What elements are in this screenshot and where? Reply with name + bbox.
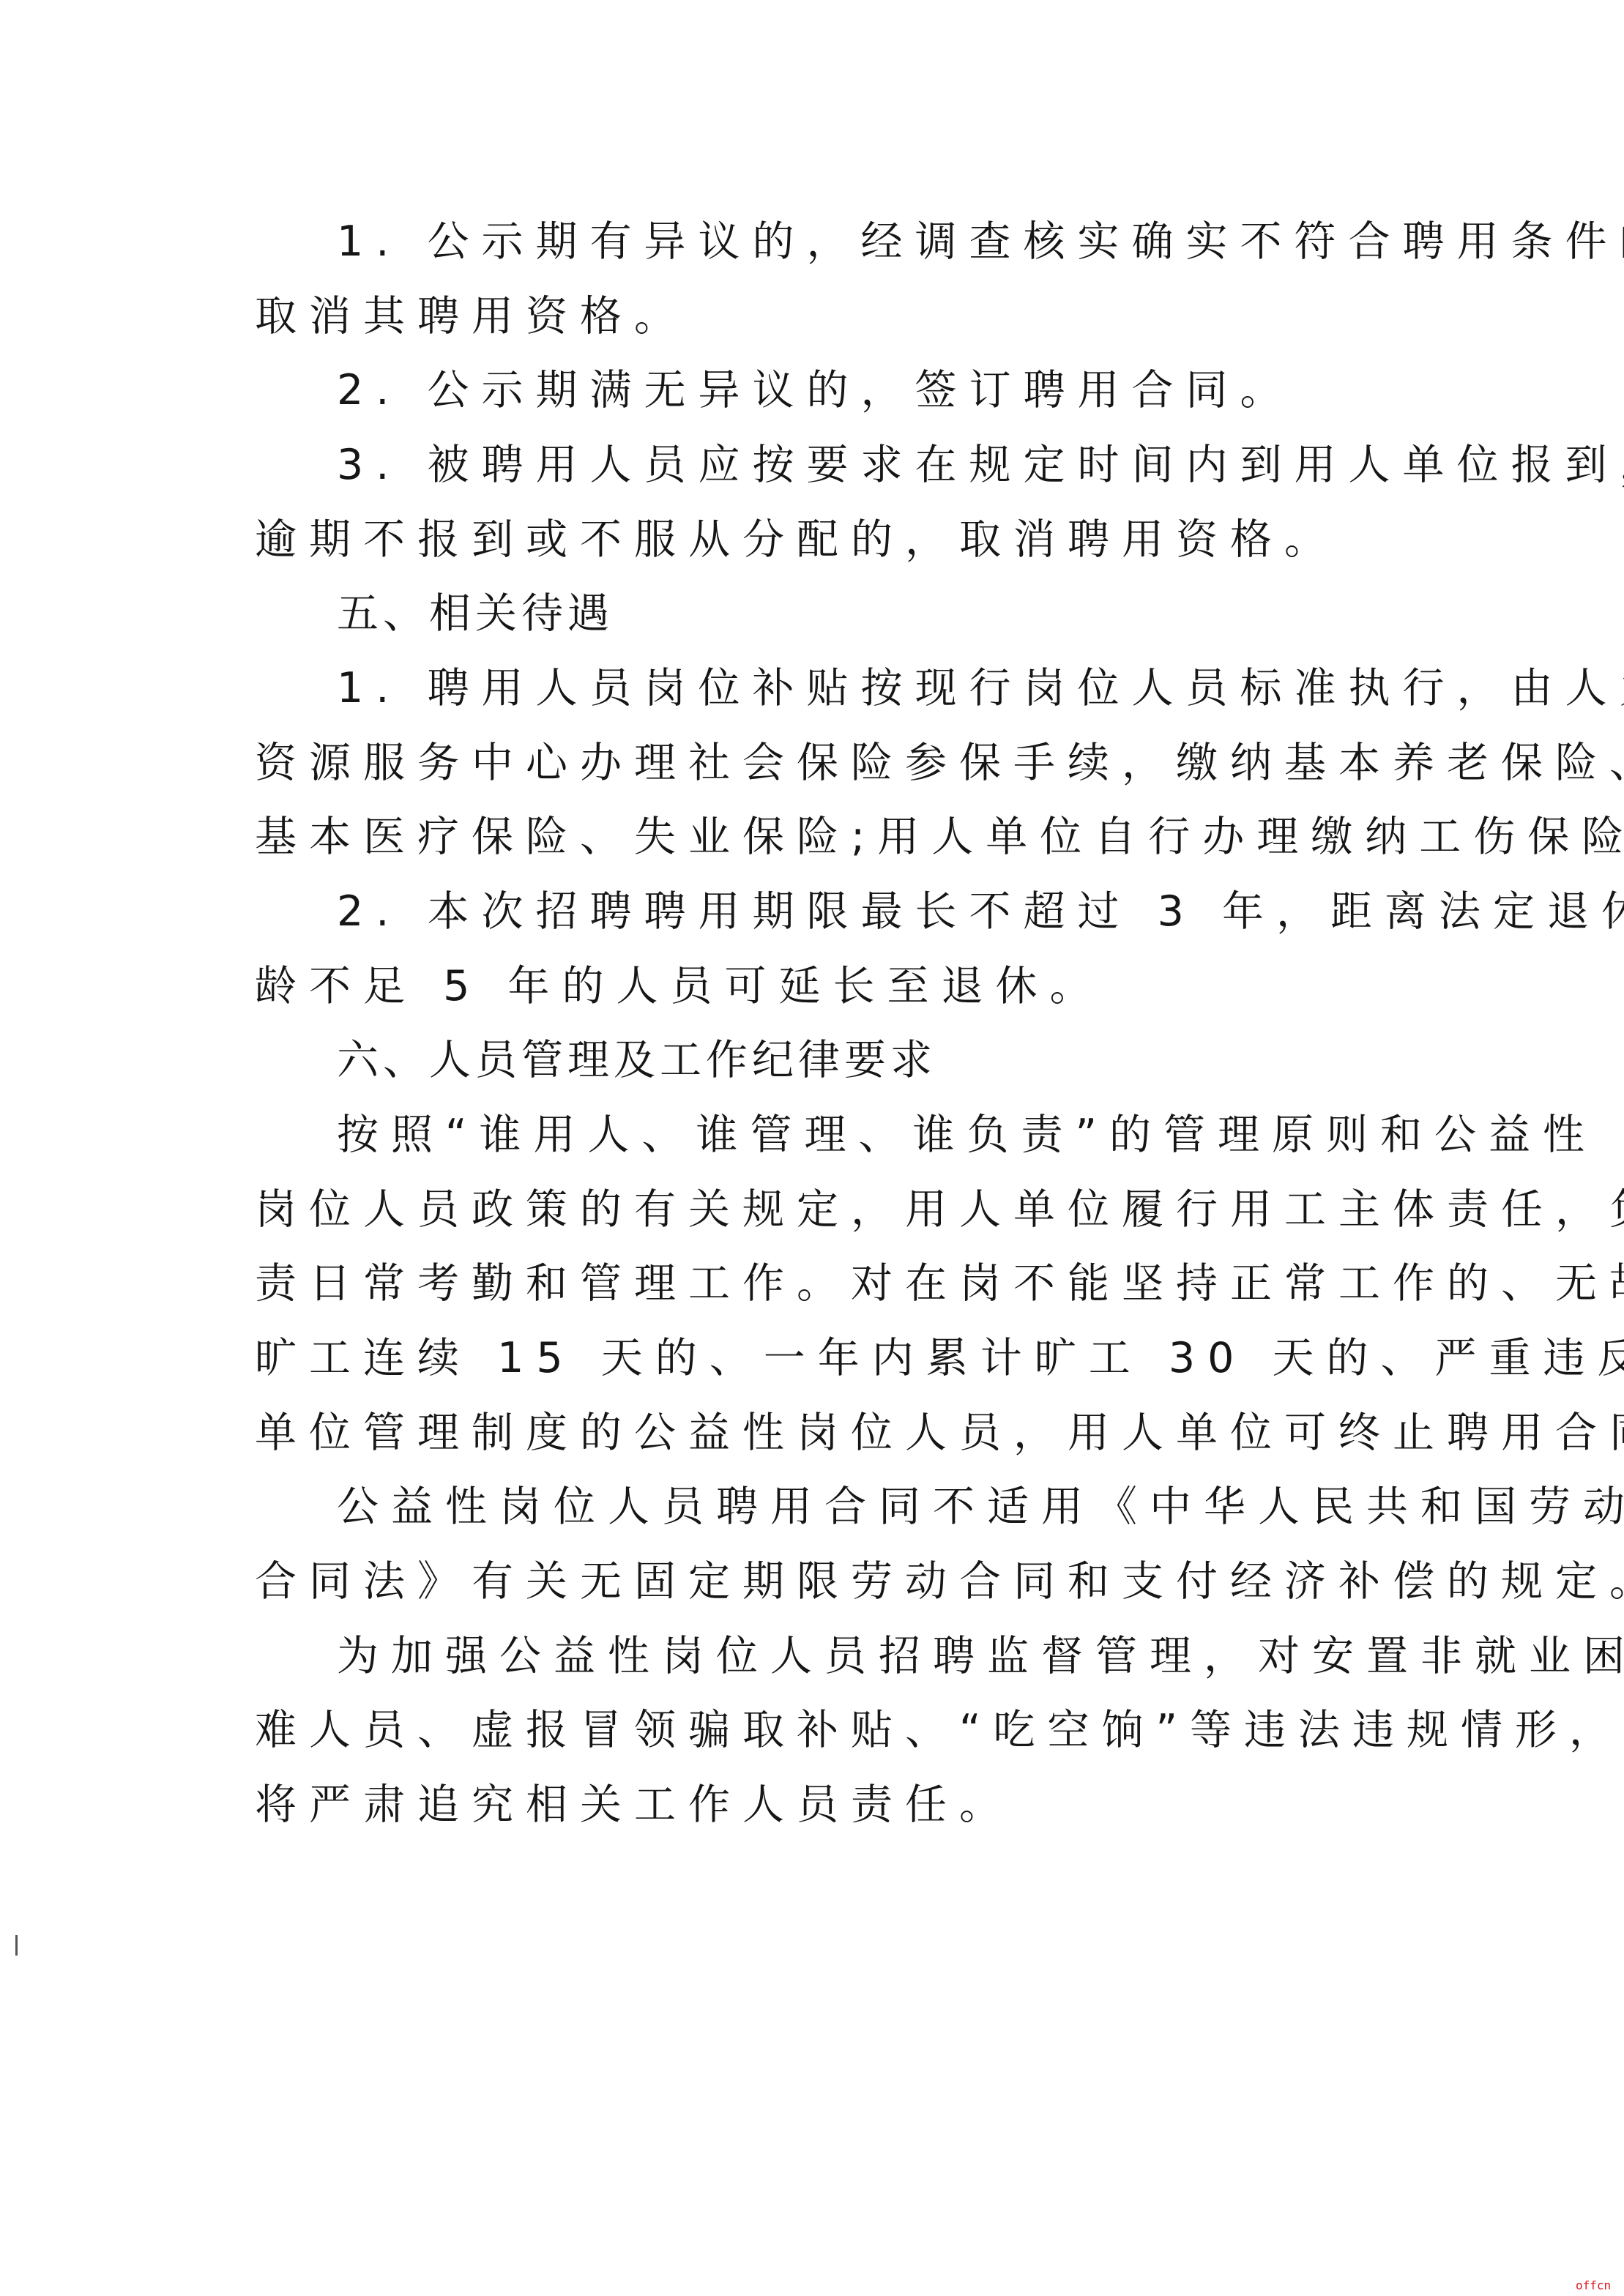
paragraph-line: 为加强公益性岗位人员招聘监督管理，对安置非就业困 — [337, 1630, 1624, 1682]
paragraph-line: 岗位人员政策的有关规定，用人单位履行用工主体责任，负 — [255, 1184, 1624, 1235]
paragraph-line: 按照“谁用人、谁管理、谁负责”的管理原则和公益性 — [337, 1109, 1597, 1160]
document-page: 1. 公示期有异议的，经调查核实确实不符合聘用条件的 取消其聘用资格。 2. 公… — [0, 0, 1624, 2296]
paragraph-line: 资源服务中心办理社会保险参保手续，缴纳基本养老保险、 — [255, 737, 1624, 789]
paragraph-line: 龄不足 5 年的人员可延长至退休。 — [255, 961, 1104, 1012]
watermark-logo: offcn — [1576, 2280, 1611, 2292]
paragraph-line: 2. 本次招聘聘用期限最长不超过 3 年，距离法定退休年 — [337, 886, 1624, 937]
paragraph-line: 将严肃追究相关工作人员责任。 — [255, 1779, 1013, 1830]
paragraph-line: 取消其聘用资格。 — [255, 291, 688, 342]
paragraph-line: 难人员、虚报冒领骗取补贴、“吃空饷”等违法违规情形， — [255, 1704, 1623, 1756]
paragraph-line: 基本医疗保险、失业保险;用人单位自行办理缴纳工伤保险。 — [255, 811, 1624, 862]
paragraph-line: 1. 聘用人员岗位补贴按现行岗位人员标准执行，由人力 — [337, 663, 1624, 714]
section-heading: 六、人员管理及工作纪律要求 — [337, 1035, 936, 1086]
paragraph-line: 1. 公示期有异议的，经调查核实确实不符合聘用条件的 — [337, 216, 1624, 267]
paragraph-line: 旷工连续 15 天的、一年内累计旷工 30 天的、严重违反用人 — [255, 1332, 1624, 1384]
section-heading: 五、相关待遇 — [337, 588, 614, 639]
scan-artifact-mark — [15, 1935, 18, 1956]
paragraph-line: 合同法》有关无固定期限劳动合同和支付经济补偿的规定。 — [255, 1556, 1624, 1607]
paragraph-line: 单位管理制度的公益性岗位人员，用人单位可终止聘用合同。 — [255, 1407, 1624, 1458]
paragraph-line: 3. 被聘用人员应按要求在规定时间内到用人单位报到， — [337, 439, 1624, 491]
paragraph-line: 责日常考勤和管理工作。对在岗不能坚持正常工作的、无故 — [255, 1258, 1624, 1309]
paragraph-line: 逾期不报到或不服从分配的，取消聘用资格。 — [255, 514, 1338, 565]
paragraph-line: 2. 公示期满无异议的，签订聘用合同。 — [337, 365, 1295, 416]
paragraph-line: 公益性岗位人员聘用合同不适用《中华人民共和国劳动 — [337, 1481, 1624, 1532]
